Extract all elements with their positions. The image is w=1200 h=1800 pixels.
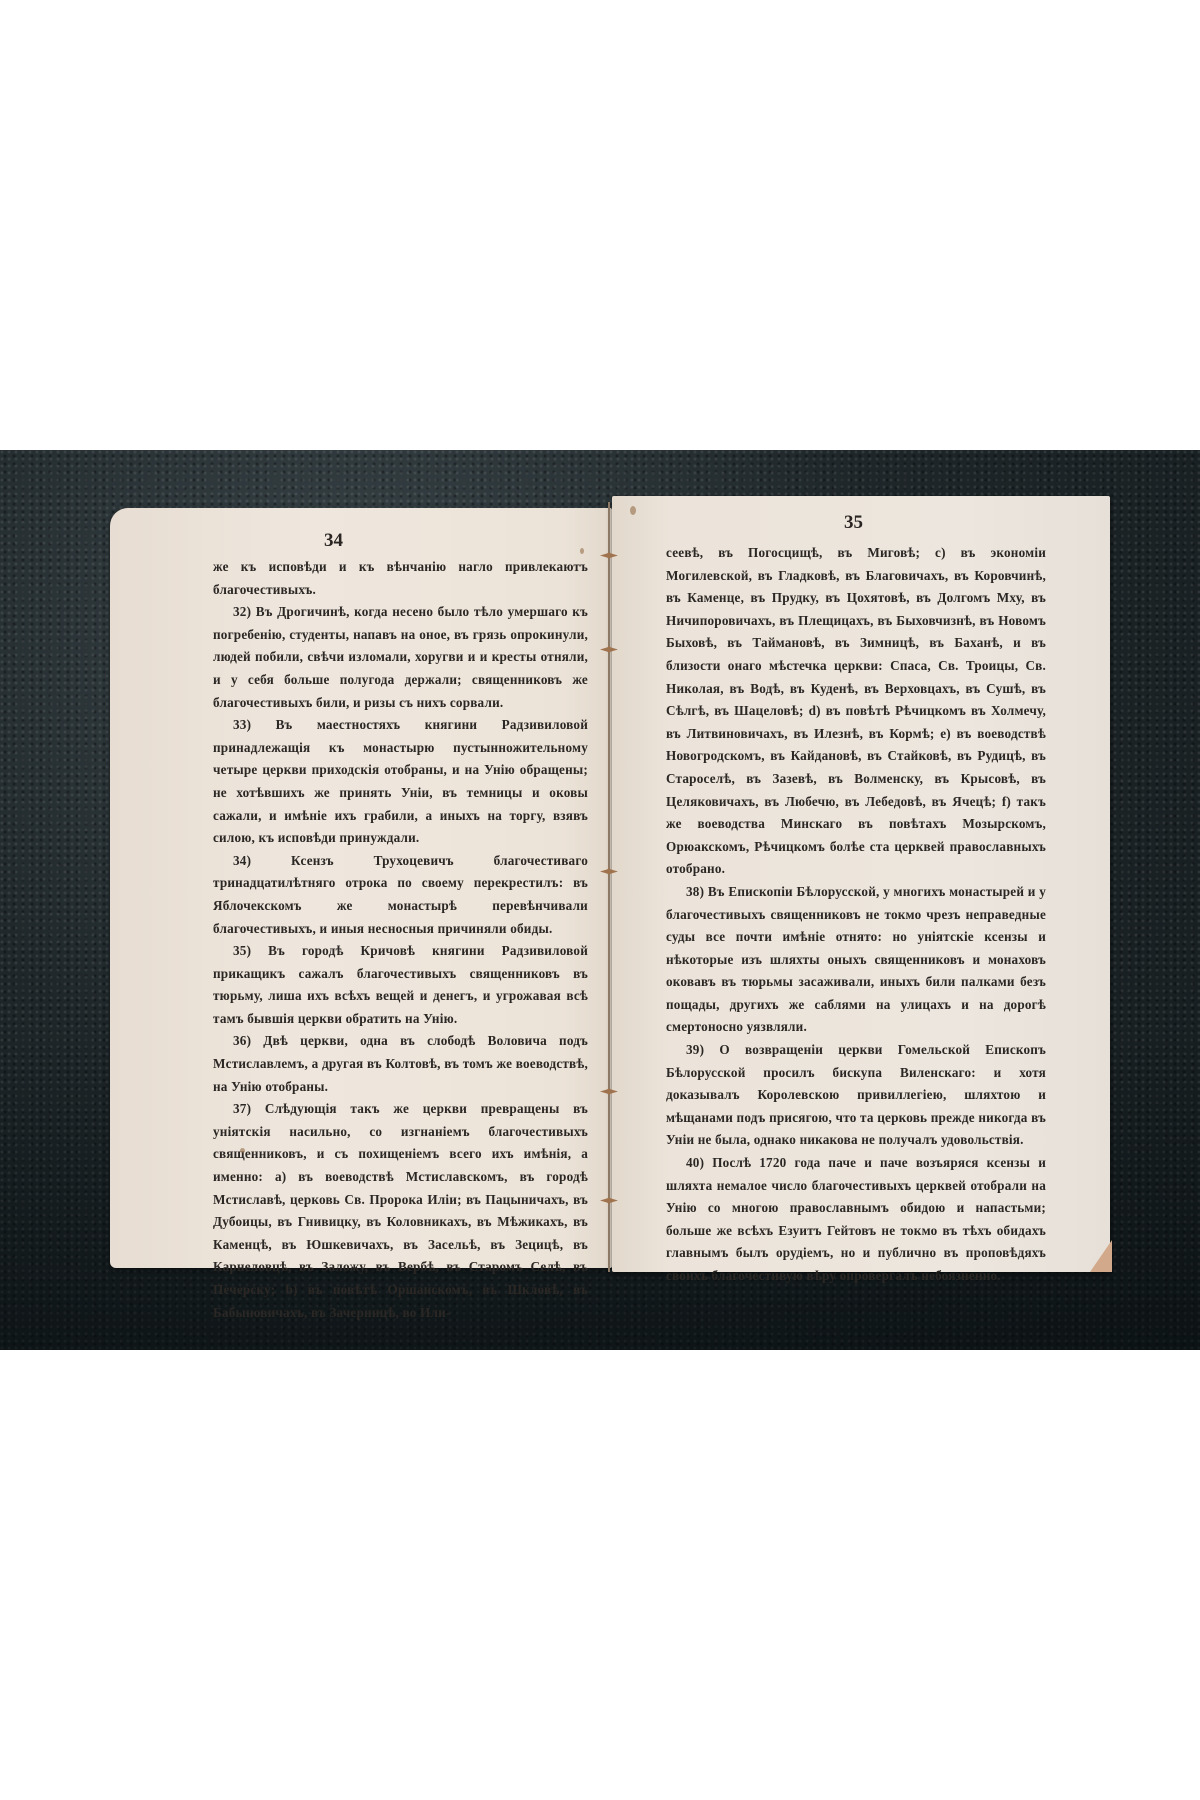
foxing-spot	[240, 1148, 245, 1153]
page-number: 35	[844, 512, 863, 534]
paragraph: 38) Въ Епископіи Бѣлорусской, у многихъ …	[666, 881, 1046, 1039]
foxing-spot	[630, 506, 636, 515]
paragraph: же къ исповѣди и къ вѣнчанію нагло привл…	[213, 556, 588, 601]
page-number: 34	[324, 530, 343, 552]
paragraph: 32) Въ Дрогичинѣ, когда несено было тѣло…	[213, 601, 588, 714]
book-spine	[608, 502, 610, 1272]
right-page: 35 сеевѣ, въ Погосцищѣ, въ Миговѣ; c) въ…	[612, 496, 1110, 1272]
page-text: же къ исповѣди и къ вѣнчанію нагло привл…	[213, 556, 588, 1324]
paragraph: сеевѣ, въ Погосцищѣ, въ Миговѣ; c) въ эк…	[666, 542, 1046, 881]
paragraph: 36) Двѣ церкви, одна въ слободѣ Воловича…	[213, 1030, 588, 1098]
paragraph: 34) Ксензъ Трухоцевичъ благочестиваго тр…	[213, 850, 588, 940]
book-photo: 34 же къ исповѣди и къ вѣнчанію нагло пр…	[0, 450, 1200, 1350]
paragraph: 33) Въ маестностяхъ княгини Радзивиловой…	[213, 714, 588, 850]
left-page: 34 же къ исповѣди и къ вѣнчанію нагло пр…	[110, 508, 612, 1268]
paragraph: 35) Въ городѣ Кричовѣ княгини Радзивилов…	[213, 940, 588, 1030]
paragraph: 39) О возвращеніи церкви Гомельской Епис…	[666, 1039, 1046, 1152]
paragraph: 40) Послѣ 1720 года паче и паче возъяряс…	[666, 1152, 1046, 1288]
foxing-spot	[580, 548, 584, 554]
paragraph: 37) Слѣдующія такъ же церкви превращены …	[213, 1098, 588, 1324]
page-text: сеевѣ, въ Погосцищѣ, въ Миговѣ; c) въ эк…	[666, 542, 1046, 1288]
